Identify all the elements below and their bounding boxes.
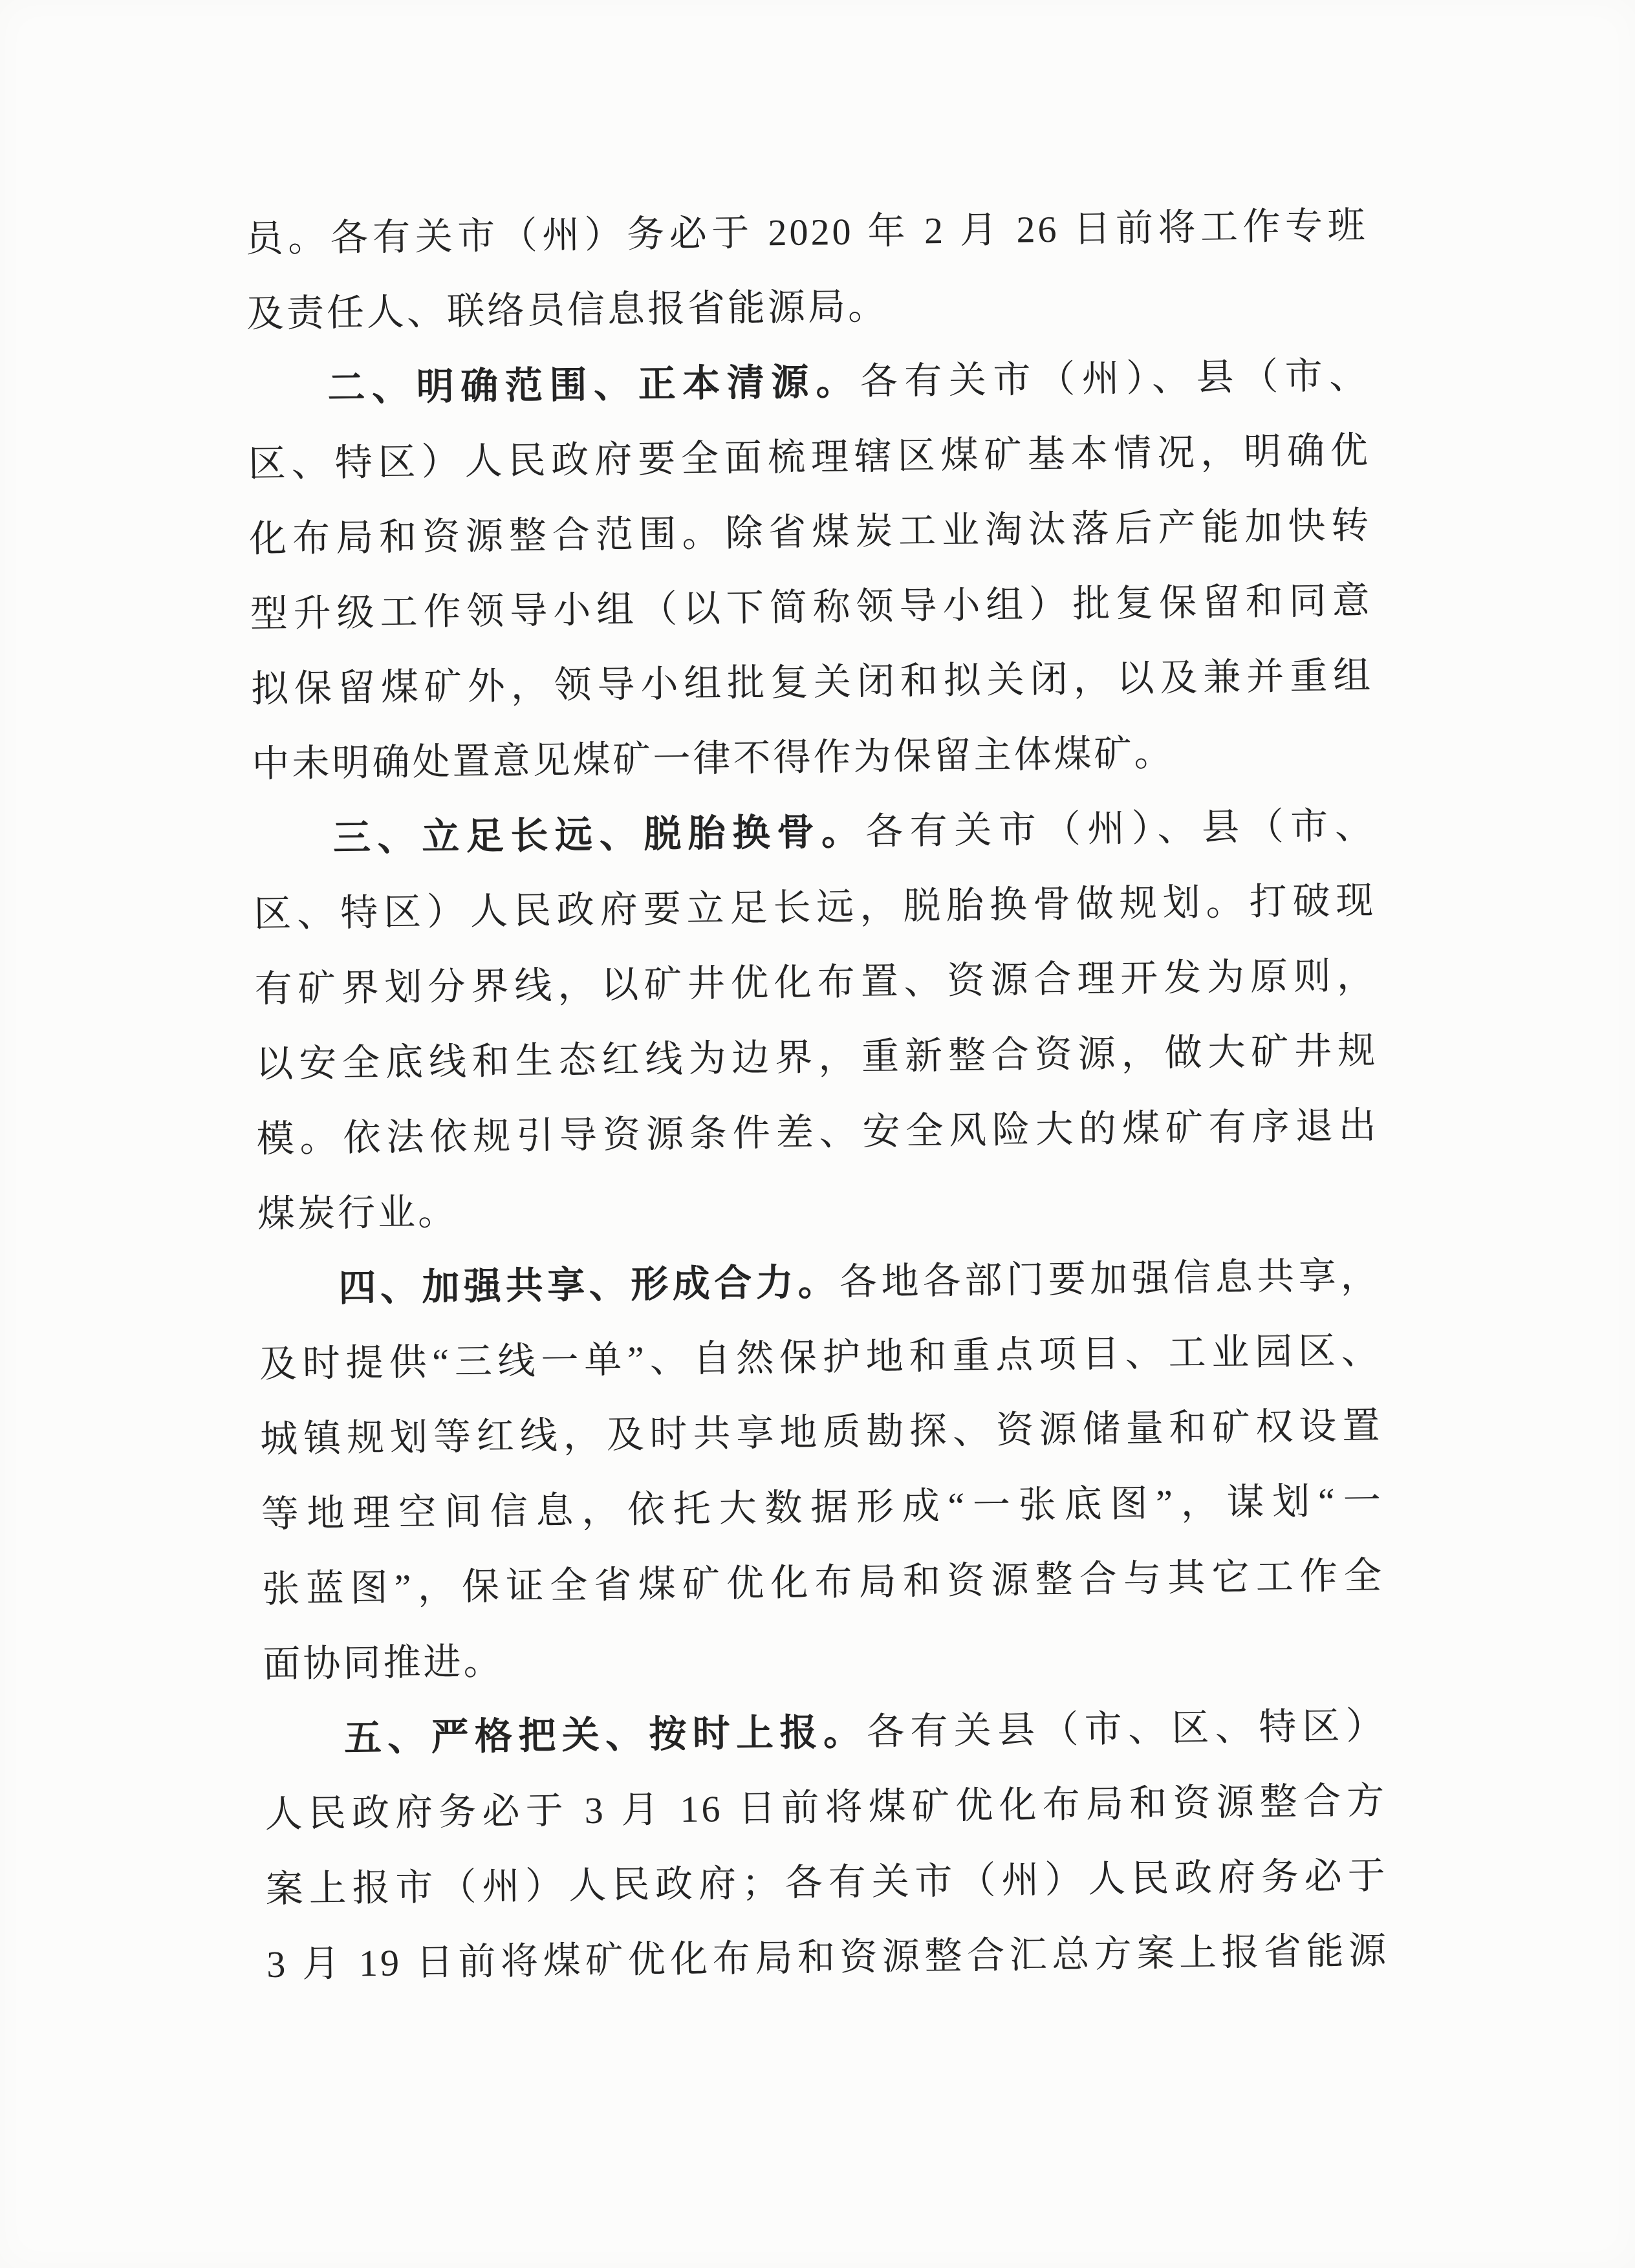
line-text: 区、特区）人民政府要全面梳理辖区煤矿基本情况，明确优 (248, 429, 1371, 485)
text-line: 及责任人、联络员信息报省能源局。 (246, 263, 1369, 352)
text-line: 二、明确范围、正本清源。各有关市（州）、县（市、 (247, 338, 1370, 427)
section-heading: 二、明确范围、正本清源。 (327, 361, 860, 409)
section-heading: 四、加强共享、形成合力。 (338, 1261, 839, 1309)
text-line: 以安全底线和生态红线为边界，重新整合资源，做大矿井规 (255, 1013, 1378, 1102)
line-text: 型升级工作领导小组（以下简称领导小组）批复保留和同意 (250, 579, 1372, 635)
line-text: 中未明确处置意见煤矿一律不得作为保留主体煤矿。 (252, 732, 1175, 785)
line-text: 各有关市（州）、县（市、 (865, 805, 1375, 853)
text-line: 等地理空间信息，依托大数据形成“一张底图”，谋划“一 (261, 1463, 1383, 1552)
line-text: 各有关市（州）、县（市、 (860, 354, 1369, 403)
text-line: 四、加强共享、形成合力。各地各部门要加强信息共享， (258, 1238, 1381, 1327)
line-text: 员。各有关市（州）务必于 2020 年 2 月 26 日前将工作专班 (245, 204, 1368, 260)
text-line: 张蓝图”，保证全省煤矿优化布局和资源整合与其它工作全 (262, 1539, 1385, 1627)
line-text: 区、特区）人民政府要立足长远，脱胎换骨做规划。打破现 (254, 880, 1376, 935)
line-text: 面协同推进。 (263, 1640, 504, 1685)
text-line: 有矿界划分界线，以矿井优化布置、资源合理开发为原则， (254, 938, 1377, 1027)
text-line: 模。依法依规引导资源条件差、安全风险大的煤矿有序退出 (256, 1088, 1379, 1177)
line-text: 人民政府务必于 3 月 16 日前将煤矿优化布局和资源整合方 (265, 1780, 1387, 1835)
line-text: 煤炭行业。 (257, 1191, 459, 1235)
text-line: 煤炭行业。 (257, 1163, 1380, 1252)
line-text: 化布局和资源整合范围。除省煤炭工业淘汰落后产能加快转 (249, 504, 1372, 560)
text-line: 及时提供“三线一单”、自然保护地和重点项目、工业园区、 (259, 1313, 1381, 1402)
text-line: 面协同推进。 (263, 1614, 1385, 1702)
text-line: 拟保留煤矿外，领导小组批复关闭和拟关闭，以及兼并重组 (250, 638, 1373, 727)
section-heading: 五、严格把关、按时上报。 (344, 1711, 867, 1760)
text-line: 区、特区）人民政府要全面梳理辖区煤矿基本情况，明确优 (248, 413, 1370, 502)
document-body: 员。各有关市（州）务必于 2020 年 2 月 26 日前将工作专班 及责任人、… (245, 188, 1389, 2002)
line-text: 张蓝图”，保证全省煤矿优化布局和资源整合与其它工作全 (262, 1555, 1385, 1610)
line-text: 各有关县（市、区、特区） (867, 1705, 1387, 1753)
text-line: 员。各有关市（州）务必于 2020 年 2 月 26 日前将工作专班 (245, 188, 1368, 277)
line-text: 城镇规划等红线，及时共享地质勘探、资源储量和矿权设置 (260, 1405, 1383, 1460)
line-text: 拟保留煤矿外，领导小组批复关闭和拟关闭，以及兼并重组 (251, 654, 1374, 710)
text-line: 型升级工作领导小组（以下简称领导小组）批复保留和同意 (250, 563, 1372, 652)
text-line: 案上报市（州）人民政府；各有关市（州）人民政府务必于 (265, 1839, 1388, 1927)
line-text: 等地理空间信息，依托大数据形成“一张底图”，谋划“一 (261, 1480, 1383, 1535)
scanned-document-page: 员。各有关市（州）务必于 2020 年 2 月 26 日前将工作专班 及责任人、… (0, 0, 1635, 2268)
line-text: 各地各部门要加强信息共享， (839, 1255, 1381, 1303)
line-text: 模。依法依规引导资源条件差、安全风险大的煤矿有序退出 (256, 1105, 1379, 1160)
section-heading: 三、立足长远、脱胎换骨。 (333, 810, 866, 859)
text-line: 区、特区）人民政府要立足长远，脱胎换骨做规划。打破现 (254, 863, 1376, 952)
text-line: 五、严格把关、按时上报。各有关县（市、区、特区） (263, 1689, 1386, 1777)
line-text: 案上报市（州）人民政府；各有关市（州）人民政府务必于 (265, 1855, 1388, 1910)
text-line: 城镇规划等红线，及时共享地质勘探、资源储量和矿权设置 (260, 1388, 1383, 1477)
line-text: 及时提供“三线一单”、自然保护地和重点项目、工业园区、 (259, 1330, 1382, 1385)
line-text: 有矿界划分界线，以矿井优化布置、资源合理开发为原则， (254, 955, 1377, 1010)
text-line: 人民政府务必于 3 月 16 日前将煤矿优化布局和资源整合方 (265, 1764, 1387, 1852)
line-text: 以安全底线和生态红线为边界，重新整合资源，做大矿井规 (255, 1030, 1378, 1085)
text-line: 中未明确处置意见煤矿一律不得作为保留主体煤矿。 (252, 713, 1374, 802)
text-line: 三、立足长远、脱胎换骨。各有关市（州）、县（市、 (252, 788, 1375, 877)
text-line: 化布局和资源整合范围。除省煤炭工业淘汰落后产能加快转 (249, 488, 1372, 577)
line-text: 及责任人、联络员信息报省能源局。 (246, 285, 889, 335)
text-line: 3 月 19 日前将煤矿优化布局和资源整合汇总方案上报省能源 (266, 1914, 1389, 2002)
line-text: 3 月 19 日前将煤矿优化布局和资源整合汇总方案上报省能源 (266, 1930, 1389, 1985)
